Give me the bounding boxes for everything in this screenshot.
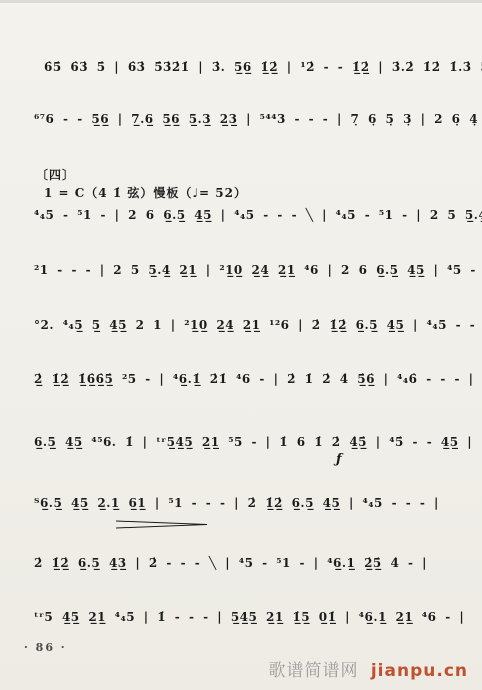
forte-dynamic: ƒ bbox=[336, 452, 342, 467]
section-marker: 〔四〕 bbox=[36, 166, 75, 183]
notation-line-8: ᵀ6̲.5̲ 4̲5̲ 2̲.1̲ 6̲1̲ | ⁵1 - - - | 2̇ 1… bbox=[34, 496, 472, 510]
notation-line-10: ᵗʳ5 4̲5̲ 2̲1̲ ⁴₄5 | 1̇ - - - | 5̲4̲5̲ 2̲… bbox=[34, 610, 472, 624]
notation-line-5: °2. ⁴₄5̲ 5̲ 4̲5̲ 2 1 | ²1̲0̲ 2̲4̲ 2̲1̲ ¹… bbox=[34, 318, 472, 332]
notation-line-4: ²1 - - - | 2 5 5̲.4̲ 2̲1̲ | ²1̲0̲ 2̲4̲ 2… bbox=[34, 263, 472, 277]
key-tempo-line: 1 = C（4 1̇ 弦）慢板（♩= 52） bbox=[44, 184, 247, 201]
watermark-domain: jianpu.cn bbox=[371, 661, 468, 681]
watermark: 歌谱简谱网 jianpu.cn bbox=[268, 656, 468, 681]
notation-line-2: ⁶⁷6 - - 5̲6̲ | 7̲.6̲ 5̲6̲ 5̲.3̲ 2̲3̲ | ⁵… bbox=[34, 112, 472, 126]
page-number: · 86 · bbox=[24, 641, 67, 654]
notation-line-3: ⁴₄5 - ⁵1 - | 2 6 6̲.5̲ 4̲5̲ | ⁴₄5 - - - … bbox=[34, 208, 472, 222]
notation-line-6: 2̲̇ 1̲̇2̲̇ 1̲̇6̲̇6̲̇5̲̇ ²5 - | ⁴6̲.1̲̇ 2… bbox=[34, 372, 472, 386]
notation-line-9: 2̇ 1̲̇2̲̇ 6̲.5̲ 4̲3̲ | 2̇ - - - ╲ | ⁴5 -… bbox=[34, 556, 472, 570]
watermark-site-name: 歌谱简谱网 bbox=[268, 661, 358, 681]
decrescendo-hairpin-icon bbox=[116, 514, 208, 533]
scan-edge-shadow bbox=[0, 0, 482, 3]
score-page: 6̇5̇ 6̇3̇ 5̇ | 6̇3̇ 5̇3̇2̇1̇ | 3̇. 5̲6̲ … bbox=[0, 0, 482, 690]
notation-line-7: 6̲.5̲ 4̲5̲ ⁴⁵6. 1̇ | ᵗʳ5̲4̲5̲ 2̲1̲ ⁵5 - … bbox=[34, 435, 472, 449]
notation-line-1: 6̇5̇ 6̇3̇ 5̇ | 6̇3̇ 5̇3̇2̇1̇ | 3̇. 5̲6̲ … bbox=[44, 60, 472, 74]
